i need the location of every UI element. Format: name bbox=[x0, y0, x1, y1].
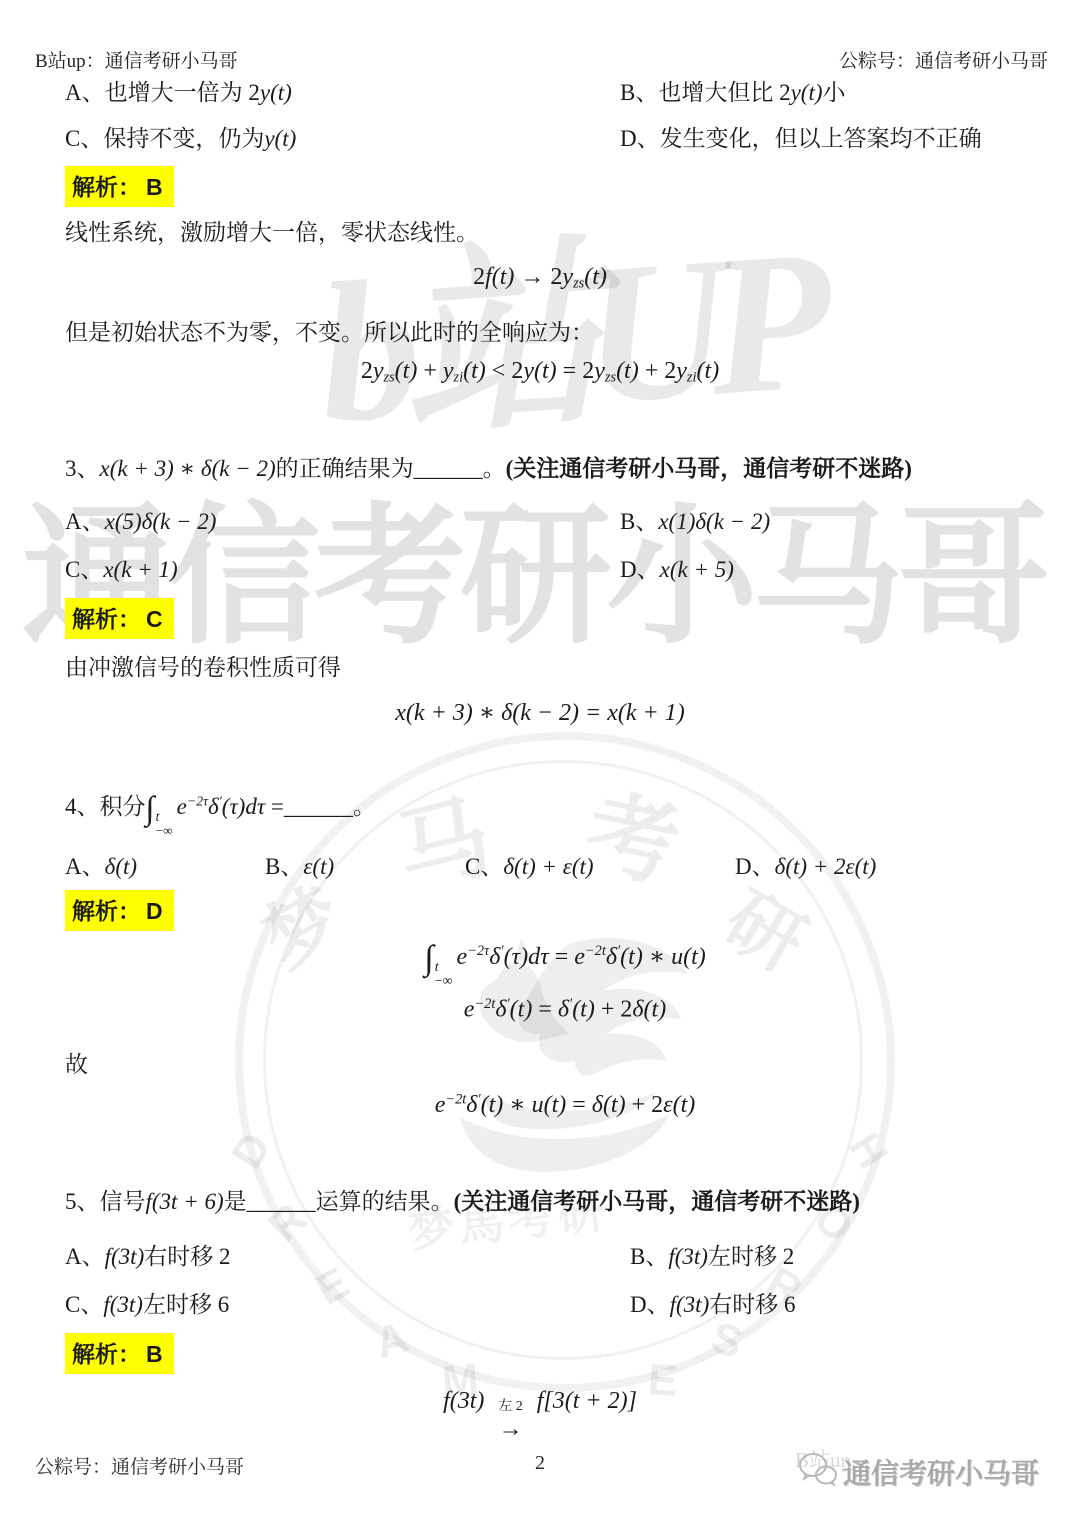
q2-explanation-2: 但是初始状态不为零，不变。所以此时的全响应为： bbox=[65, 314, 594, 347]
q4-option-a: A、δ(t) bbox=[65, 848, 137, 881]
q2-option-c: C、保持不变，仍为y(t) bbox=[65, 120, 296, 153]
q5-formula: f(3t)左 2→f[3(t + 2)] bbox=[0, 1388, 1080, 1441]
q2-formula-1: 2f(t) → 2yzs(t) bbox=[0, 264, 1080, 293]
q3-option-b: B、x(1)δ(k − 2) bbox=[620, 503, 770, 536]
q3-title: 3、x(k + 3) ∗ δ(k − 2)的正确结果为______。(关注通信考… bbox=[65, 450, 912, 483]
header-right: 公粽号：通信考研小马哥 bbox=[839, 46, 1048, 73]
q5-solution-badge: 解析：B bbox=[65, 1333, 174, 1374]
q3-explanation: 由冲激信号的卷积性质可得 bbox=[65, 649, 341, 682]
q3-option-c: C、x(k + 1) bbox=[65, 551, 178, 584]
document-page: b站UP 通信考研小马哥 梦 马 考 研 D R E A M H O R S E… bbox=[0, 0, 1080, 1527]
solution-answer: C bbox=[146, 606, 163, 632]
q5-option-c: C、f(3t)左时移 6 bbox=[65, 1286, 229, 1319]
q5-title: 5、信号f(3t + 6)是______运算的结果。(关注通信考研小马哥，通信考… bbox=[65, 1183, 860, 1216]
q5-option-b: B、f(3t)左时移 2 bbox=[630, 1238, 794, 1271]
q2-option-d: D、发生变化，但以上答案均不正确 bbox=[620, 120, 982, 153]
solution-label: 解析： bbox=[72, 1342, 141, 1367]
q5-option-d: D、f(3t)右时移 6 bbox=[630, 1286, 795, 1319]
q4-formula-1: ∫t−∞e−2τδ′(τ)dτ = e−2tδ′(t) ∗ u(t) bbox=[25, 938, 1080, 990]
q4-solution-badge: 解析：D bbox=[65, 890, 174, 931]
q2-formula-2: 2yzs(t) + yzi(t) < 2y(t) = 2yzs(t) + 2yz… bbox=[0, 358, 1080, 387]
solution-label: 解析： bbox=[72, 607, 141, 632]
q4-explanation-mid: 故 bbox=[65, 1046, 88, 1079]
q5-option-a: A、f(3t)右时移 2 bbox=[65, 1238, 230, 1271]
q2-option-b: B、也增大但比 2y(t)小 bbox=[620, 74, 846, 107]
wechat-icon bbox=[797, 1450, 839, 1490]
q4-formula-3: e−2tδ′(t) ∗ u(t) = δ(t) + 2ε(t) bbox=[25, 1090, 1080, 1119]
footer-right-watermark: B站up 通信考研小马哥 bbox=[795, 1440, 1075, 1500]
header-left: B站up：通信考研小马哥 bbox=[35, 46, 238, 73]
q3-option-d: D、x(k + 5) bbox=[620, 551, 734, 584]
footer-brand-name: 通信考研小马哥 bbox=[843, 1452, 1039, 1492]
solution-label: 解析： bbox=[72, 175, 141, 200]
q4-formula-2: e−2tδ′(t) = δ′(t) + 2δ(t) bbox=[25, 996, 1080, 1024]
q4-option-b: B、ε(t) bbox=[265, 848, 334, 881]
q2-solution-badge: 解析：B bbox=[65, 166, 174, 207]
solution-label: 解析： bbox=[72, 899, 141, 924]
q3-formula: x(k + 3) ∗ δ(k − 2) = x(k + 1) bbox=[0, 698, 1080, 727]
q4-option-c: C、δ(t) + ε(t) bbox=[465, 848, 594, 881]
solution-answer: B bbox=[146, 1341, 163, 1367]
q2-explanation-1: 线性系统，激励增大一倍，零状态线性。 bbox=[65, 214, 479, 247]
q3-solution-badge: 解析：C bbox=[65, 598, 174, 639]
q2-option-a: A、也增大一倍为 2y(t) bbox=[65, 74, 292, 107]
solution-answer: D bbox=[146, 898, 163, 924]
q4-option-d: D、δ(t) + 2ε(t) bbox=[735, 848, 876, 881]
q4-title: 4、积分∫t−∞e−2τδ′(τ)dτ =______。 bbox=[65, 788, 376, 838]
solution-answer: B bbox=[146, 174, 163, 200]
q3-option-a: A、x(5)δ(k − 2) bbox=[65, 503, 216, 536]
